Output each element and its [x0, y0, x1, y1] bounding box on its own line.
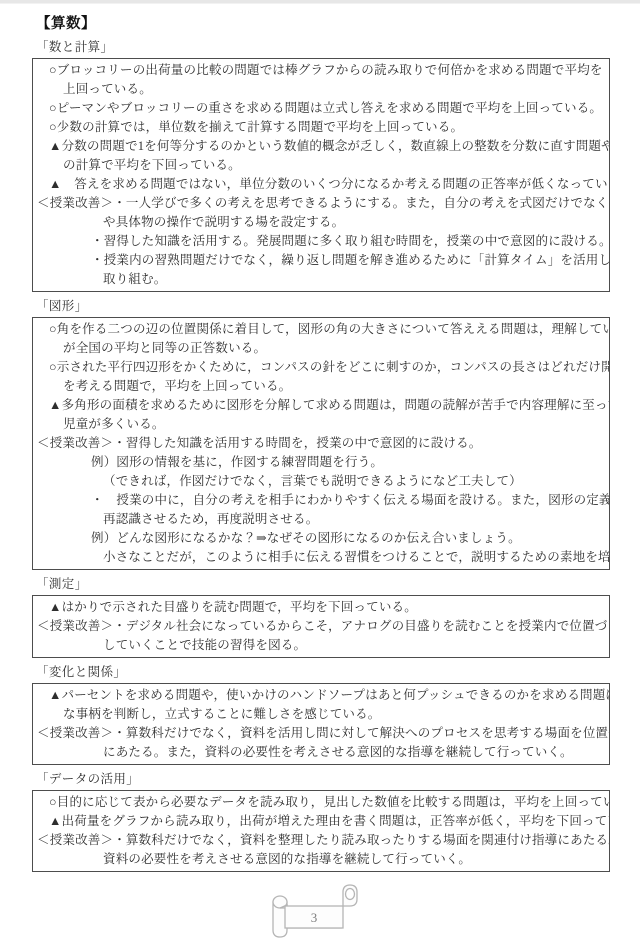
- report-line: 再認識させるため，再度説明させる。: [33, 510, 607, 529]
- report-line: が全国の平均と同等の正答数いる。: [33, 339, 607, 358]
- report-line: 取り組む。: [33, 270, 607, 289]
- section-label: 「変化と関係」: [36, 663, 640, 681]
- report-line: （できれば，作図だけでなく，言葉でも説明できるようになど工夫して）: [33, 472, 607, 491]
- report-line: ＜授業改善＞・算数科だけでなく，資料を活用し問に対して解決へのプロセスを思考する…: [33, 724, 607, 743]
- section-label: 「測定」: [36, 575, 640, 593]
- report-line: 資料の必要性を考えさせる意図的な指導を継続して行っていく。: [33, 850, 607, 869]
- report-line: の計算で平均を下回っている。: [33, 156, 607, 175]
- report-line: ▲多角形の面積を求めるために図形を分解して求める問題は，問題の読解が苦手で内容理…: [33, 396, 607, 415]
- report-line: を考える問題で，平均を上回っている。: [33, 377, 607, 396]
- report-line: ○角を作る二つの辺の位置関係に着目して，図形の角の大きさについて答ええる問題は，…: [33, 320, 607, 339]
- report-line: していくことで技能の習得を図る。: [33, 636, 607, 655]
- report-line: や具体物の操作で説明する場を設定する。: [33, 213, 607, 232]
- report-line: 例）図形の情報を基に，作図する練習問題を行う。: [33, 453, 607, 472]
- section-box: ○角を作る二つの辺の位置関係に着目して，図形の角の大きさについて答ええる問題は，…: [32, 317, 610, 570]
- section-box: ○目的に応じて表から必要なデータを読み取り，見出した数値を比較する問題は，平均を…: [32, 790, 610, 872]
- report-line: ＜授業改善＞・算数科だけでなく，資料を整理したり読み取ったりする場面を関連付け指…: [33, 831, 607, 850]
- section-label: 「データの活用」: [36, 770, 640, 788]
- report-line: ○ピーマンやブロッコリーの重さを求める問題は立式し答えを求める問題で平均を上回っ…: [33, 99, 607, 118]
- report-line: ・授業内の習熟問題だけでなく，繰り返し問題を解き進めるために「計算タイム」を活用…: [33, 251, 607, 270]
- scroll-banner-icon: 3: [265, 882, 375, 940]
- report-line: にあたる。また，資料の必要性を考えさせる意図的な指導を継続して行っていく。: [33, 743, 607, 762]
- page-top-edge: [0, 0, 640, 4]
- document-page: 【算数】 「数と計算」 ○ブロッコリーの出荷量の比較の問題では棒グラフからの読み…: [0, 0, 640, 940]
- section-label: 「数と計算」: [36, 38, 640, 56]
- report-section: 「変化と関係」 ▲パーセントを求める問題や，使いかけのハンドソープはあと何プッシ…: [0, 663, 640, 765]
- report-line: ▲分数の問題で1を何等分するのかという数値的概念が乏しく，数直線上の整数を分数に…: [33, 137, 607, 156]
- report-section: 「データの活用」 ○目的に応じて表から必要なデータを読み取り，見出した数値を比較…: [0, 770, 640, 872]
- report-line: ▲パーセントを求める問題や，使いかけのハンドソープはあと何プッシュできるのかを求…: [33, 686, 607, 705]
- page-title: 【算数】: [36, 12, 640, 33]
- report-line: 上回っている。: [33, 80, 607, 99]
- section-box: ○ブロッコリーの出荷量の比較の問題では棒グラフからの読み取りで何倍かを求める問題…: [32, 58, 610, 292]
- page-number: 3: [311, 910, 318, 925]
- report-line: 小さなことだが，このように相手に伝える習慣をつけることで，説明するための素地を培…: [33, 548, 607, 567]
- report-line: ▲ 答えを求める問題ではない，単位分数のいくつ分になるか考える問題の正答率が低く…: [33, 175, 607, 194]
- report-line: ○ブロッコリーの出荷量の比較の問題では棒グラフからの読み取りで何倍かを求める問題…: [33, 61, 607, 80]
- report-line: ・習得した知識を活用する。発展問題に多く取り組む時間を，授業の中で意図的に設ける…: [33, 232, 607, 251]
- sections-container: 「数と計算」 ○ブロッコリーの出荷量の比較の問題では棒グラフからの読み取りで何倍…: [0, 38, 640, 872]
- report-line: ＜授業改善＞・習得した知識を活用する時間を，授業の中で意図的に設ける。: [33, 434, 607, 453]
- report-line: 児童が多くいる。: [33, 415, 607, 434]
- report-line: 例）どんな図形になるかな？⇒なぜその図形になるのか伝え合いましょう。: [33, 529, 607, 548]
- report-line: ▲はかりで示された目盛りを読む問題で，平均を下回っている。: [33, 598, 607, 617]
- report-line: ・ 授業の中に，自分の考えを相手にわかりやすく伝える場面を設ける。また，図形の定…: [33, 491, 607, 510]
- report-line: な事柄を判断し，立式することに難しさを感じている。: [33, 705, 607, 724]
- report-line: ○示された平行四辺形をかくために，コンパスの針をどこに刺すのか，コンパスの長さは…: [33, 358, 607, 377]
- report-line: ○目的に応じて表から必要なデータを読み取り，見出した数値を比較する問題は，平均を…: [33, 793, 607, 812]
- report-line: ▲出荷量をグラフから読み取り，出荷が増えた理由を書く問題は，正答率が低く，平均を…: [33, 812, 607, 831]
- section-label: 「図形」: [36, 297, 640, 315]
- report-line: ○少数の計算では，単位数を揃えて計算する問題で平均を上回っている。: [33, 118, 607, 137]
- report-line: ＜授業改善＞・デジタル社会になっているからこそ，アナログの目盛りを読むことを授業…: [33, 617, 607, 636]
- report-section: 「数と計算」 ○ブロッコリーの出荷量の比較の問題では棒グラフからの読み取りで何倍…: [0, 38, 640, 292]
- report-line: ＜授業改善＞・一人学びで多くの考えを思考できるようにする。また，自分の考えを式図…: [33, 194, 607, 213]
- section-box: ▲はかりで示された目盛りを読む問題で，平均を下回っている。＜授業改善＞・デジタル…: [32, 595, 610, 658]
- page-footer: 3: [0, 882, 640, 940]
- report-section: 「測定」 ▲はかりで示された目盛りを読む問題で，平均を下回っている。＜授業改善＞…: [0, 575, 640, 658]
- report-section: 「図形」 ○角を作る二つの辺の位置関係に着目して，図形の角の大きさについて答ええ…: [0, 297, 640, 570]
- section-box: ▲パーセントを求める問題や，使いかけのハンドソープはあと何プッシュできるのかを求…: [32, 683, 610, 765]
